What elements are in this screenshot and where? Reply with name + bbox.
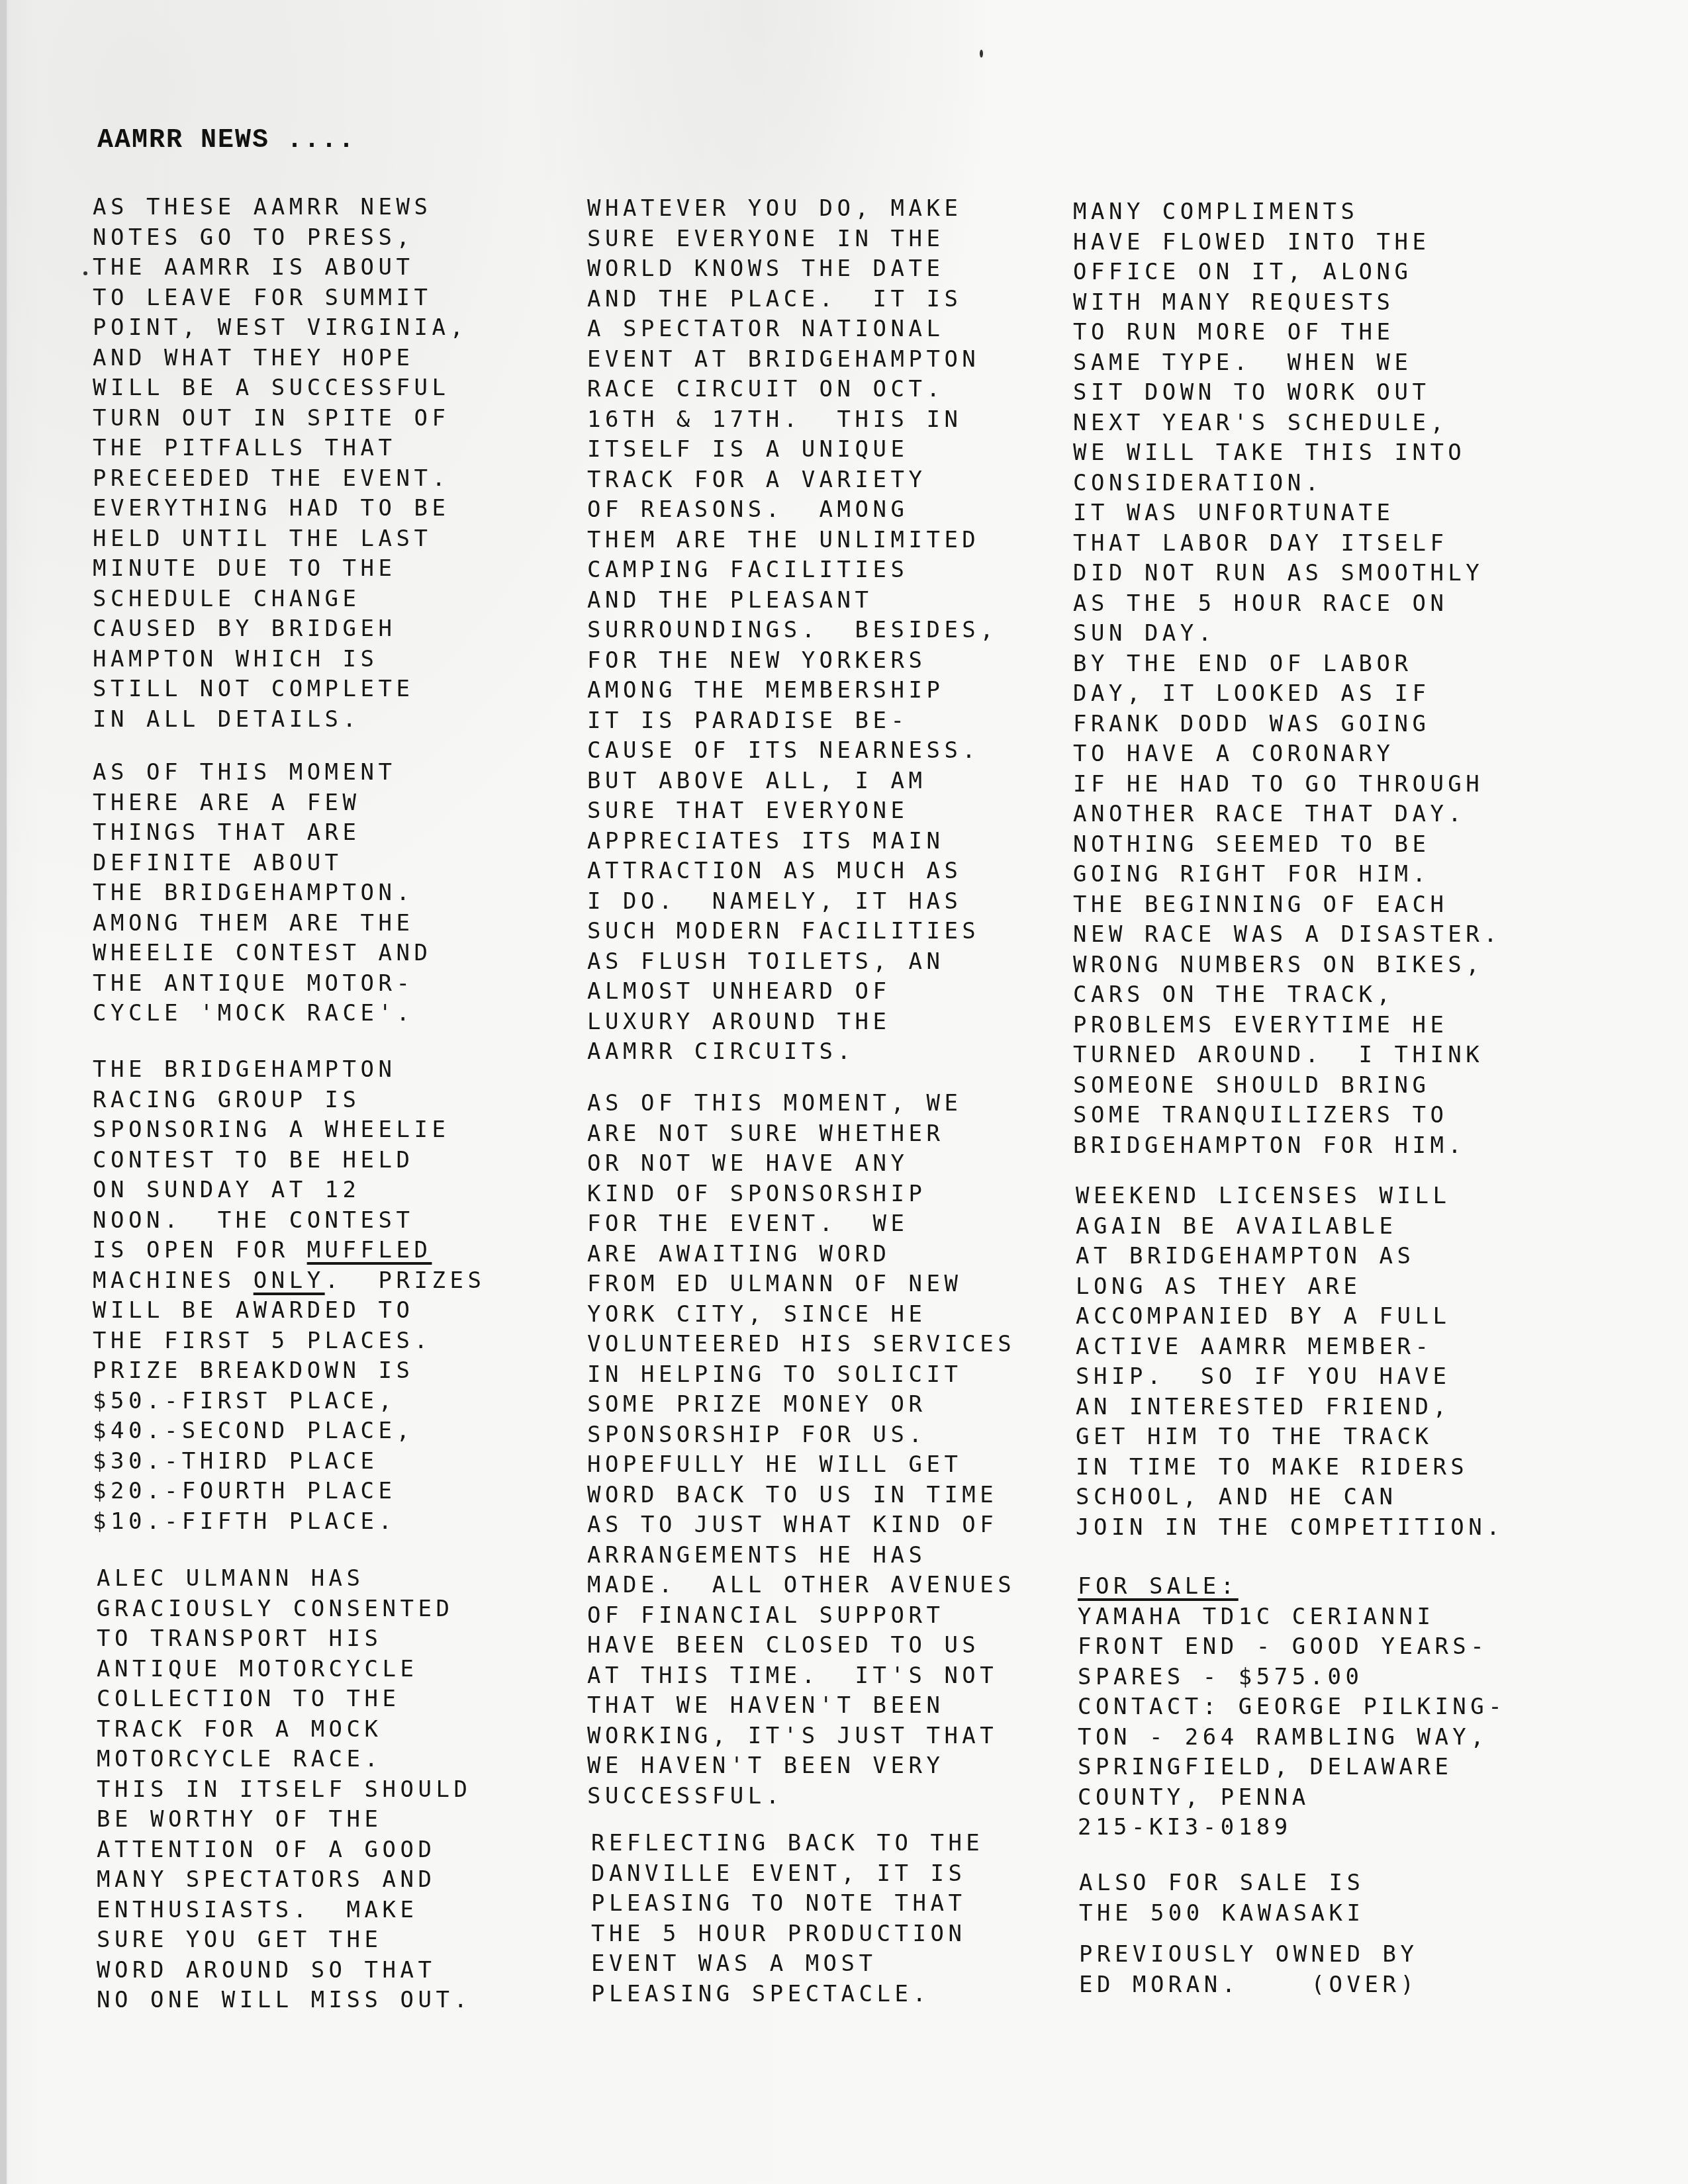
text-line: THE ANTIQUE MOTOR-	[93, 969, 432, 999]
text-line: DAY, IT LOOKED AS IF	[1073, 679, 1501, 709]
text-line: ANTIQUE MOTORCYCLE	[97, 1655, 471, 1685]
text-line: IN HELPING TO SOLICIT	[587, 1360, 1015, 1390]
text-line: SUCCESSFUL.	[587, 1782, 1015, 1812]
text-line: CAUSE OF ITS NEARNESS.	[587, 736, 998, 766]
text-line: NOTES GO TO PRESS,	[93, 223, 467, 253]
text-line: I DO. NAMELY, IT HAS	[587, 887, 998, 917]
text-line: DEFINITE ABOUT	[93, 848, 432, 879]
text-line: HAMPTON WHICH IS	[93, 645, 467, 675]
text-line: WRONG NUMBERS ON BIKES,	[1073, 950, 1501, 981]
text-line: SHIP. SO IF YOU HAVE	[1076, 1362, 1504, 1392]
text-segment: . PRIZES	[325, 1267, 486, 1294]
underlined-text: ONLY	[254, 1267, 325, 1294]
text-line: AS TO JUST WHAT KIND OF	[587, 1510, 1015, 1541]
text-line: EVENT AT BRIDGEHAMPTON	[587, 345, 998, 375]
text-line: SPARES - $575.00	[1078, 1662, 1506, 1693]
text-line: THE FIRST 5 PLACES.	[93, 1326, 485, 1357]
text-line: WITH MANY REQUESTS	[1073, 288, 1501, 318]
text-line: AT THIS TIME. IT'S NOT	[587, 1661, 1015, 1692]
text-line: THERE ARE A FEW	[93, 788, 432, 819]
text-line: HOPEFULLY HE WILL GET	[587, 1450, 1015, 1480]
text-line: HELD UNTIL THE LAST	[93, 524, 467, 555]
paragraph-bridgehampton-plans: AS OF THIS MOMENTTHERE ARE A FEWTHINGS T…	[93, 758, 432, 1029]
text-line: THAT WE HAVEN'T BEEN	[587, 1691, 1015, 1721]
text-line: AS OF THIS MOMENT	[93, 758, 432, 788]
text-line: SUN DAY.	[1073, 619, 1501, 649]
text-line: ANOTHER RACE THAT DAY.	[1073, 799, 1501, 830]
text-line: PROBLEMS EVERYTIME HE	[1073, 1011, 1501, 1041]
ink-speck	[83, 271, 87, 275]
text-line: CARS ON THE TRACK,	[1073, 980, 1501, 1011]
text-line: MANY COMPLIMENTS	[1073, 197, 1501, 228]
text-line: MINUTE DUE TO THE	[93, 554, 467, 584]
text-line: PRIZE BREAKDOWN IS	[93, 1356, 485, 1387]
text-line: RACING GROUP IS	[93, 1085, 485, 1116]
text-line: ALEC ULMANN HAS	[97, 1564, 471, 1594]
text-line: CONTACT: GEORGE PILKING-	[1078, 1692, 1506, 1723]
text-line: FRONT END - GOOD YEARS-	[1078, 1632, 1506, 1662]
text-line: TO RUN MORE OF THE	[1073, 318, 1501, 348]
text-line: AS FLUSH TOILETS, AN	[587, 947, 998, 978]
text-line: WE HAVEN'T BEEN VERY	[587, 1751, 1015, 1782]
text-line: DID NOT RUN AS SMOOTHLY	[1073, 559, 1501, 589]
text-line: NOON. THE CONTEST	[93, 1206, 485, 1236]
text-line: ACTIVE AAMRR MEMBER-	[1076, 1332, 1504, 1363]
text-line: YORK CITY, SINCE HE	[587, 1300, 1015, 1330]
text-line: CYCLE 'MOCK RACE'.	[93, 999, 432, 1029]
text-line: COUNTY, PENNA	[1078, 1783, 1506, 1813]
text-line: IN TIME TO MAKE RIDERS	[1076, 1453, 1504, 1483]
text-line: FROM ED ULMANN OF NEW	[587, 1269, 1015, 1300]
text-line: THE PITFALLS THAT	[93, 433, 467, 464]
text-line: AMONG THE MEMBERSHIP	[587, 676, 998, 706]
text-line: PLEASING TO NOTE THAT	[591, 1889, 984, 1919]
text-line: NOTHING SEEMED TO BE	[1073, 830, 1501, 860]
text-line: MOTORCYCLE RACE.	[97, 1745, 471, 1775]
text-line: PREVIOUSLY OWNED BY	[1079, 1940, 1418, 1970]
text-line: WORD AROUND SO THAT	[97, 1956, 471, 1986]
underlined-text: FOR SALE:	[1078, 1573, 1239, 1600]
text-line: APPRECIATES ITS MAIN	[587, 827, 998, 857]
text-line: FOR THE EVENT. WE	[587, 1209, 1015, 1240]
text-line: SCHOOL, AND HE CAN	[1076, 1482, 1504, 1513]
text-line: MACHINES ONLY. PRIZES	[93, 1266, 485, 1297]
paragraph-wheelie-contest: THE BRIDGEHAMPTONRACING GROUP ISSPONSORI…	[93, 1055, 485, 1537]
text-line: THE BRIDGEHAMPTON.	[93, 878, 432, 909]
paragraph-weekend-licenses: WEEKEND LICENSES WILLAGAIN BE AVAILABLEA…	[1076, 1181, 1504, 1543]
text-line: ENTHUSIASTS. MAKE	[97, 1895, 471, 1926]
paragraph-sponsorship: AS OF THIS MOMENT, WEARE NOT SURE WHETHE…	[587, 1089, 1015, 1811]
text-line: AT BRIDGEHAMPTON AS	[1076, 1242, 1504, 1272]
paragraph-compliments-labor-day: MANY COMPLIMENTSHAVE FLOWED INTO THEOFFI…	[1073, 197, 1501, 1161]
text-line: CAMPING FACILITIES	[587, 555, 998, 586]
text-line: REFLECTING BACK TO THE	[591, 1829, 984, 1859]
text-line: HAVE FLOWED INTO THE	[1073, 228, 1501, 258]
text-line: TO HAVE A CORONARY	[1073, 739, 1501, 770]
text-line: TURNED AROUND. I THINK	[1073, 1040, 1501, 1071]
text-line: ALMOST UNHEARD OF	[587, 977, 998, 1007]
text-line: SOMEONE SHOULD BRING	[1073, 1071, 1501, 1101]
text-line: SCHEDULE CHANGE	[93, 584, 467, 615]
text-line: SURE EVERYONE IN THE	[587, 224, 998, 255]
text-segment: IS OPEN FOR	[93, 1237, 307, 1263]
text-line: $40.-SECOND PLACE,	[93, 1416, 485, 1447]
text-line: TRACK FOR A VARIETY	[587, 465, 998, 496]
text-line: ATTRACTION AS MUCH AS	[587, 856, 998, 887]
text-line: THE AAMRR IS ABOUT	[93, 253, 467, 283]
text-line: THE BEGINNING OF EACH	[1073, 890, 1501, 921]
paragraph-summit-point: AS THESE AAMRR NEWSNOTES GO TO PRESS,THE…	[93, 193, 467, 735]
text-line: TO LEAVE FOR SUMMIT	[93, 283, 467, 314]
text-line: IT WAS UNFORTUNATE	[1073, 498, 1501, 529]
newsletter-title: AAMRR NEWS ....	[97, 126, 355, 156]
text-line: AGAIN BE AVAILABLE	[1076, 1212, 1504, 1242]
text-line: GET HIM TO THE TRACK	[1076, 1422, 1504, 1453]
text-line: CONTEST TO BE HELD	[93, 1146, 485, 1176]
text-line: NEXT YEAR'S SCHEDULE,	[1073, 408, 1501, 439]
text-line: AMONG THEM ARE THE	[93, 909, 432, 939]
text-line: SURROUNDINGS. BESIDES,	[587, 615, 998, 646]
text-line: OR NOT WE HAVE ANY	[587, 1149, 1015, 1179]
text-line: FOR THE NEW YORKERS	[587, 646, 998, 676]
classified-previous-owner: PREVIOUSLY OWNED BYED MORAN. (OVER)	[1079, 1940, 1418, 2000]
text-line: WORD BACK TO US IN TIME	[587, 1480, 1015, 1511]
text-line: AN INTERESTED FRIEND,	[1076, 1392, 1504, 1423]
text-line: ITSELF IS A UNIQUE	[587, 435, 998, 465]
text-line: AS OF THIS MOMENT, WE	[587, 1089, 1015, 1119]
text-line: THE 5 HOUR PRODUCTION	[591, 1919, 984, 1950]
text-line: AAMRR CIRCUITS.	[587, 1037, 998, 1068]
text-line: AND WHAT THEY HOPE	[93, 343, 467, 374]
text-line: YAMAHA TD1C CERIANNI	[1078, 1602, 1506, 1633]
text-line: HAVE BEEN CLOSED TO US	[587, 1631, 1015, 1661]
text-line: ARE NOT SURE WHETHER	[587, 1119, 1015, 1150]
text-line: FOR SALE:	[1078, 1572, 1506, 1602]
text-line: SOME PRIZE MONEY OR	[587, 1390, 1015, 1420]
classified-also-for-sale: ALSO FOR SALE ISTHE 500 KAWASAKI	[1079, 1868, 1365, 1929]
text-line: 16TH & 17TH. THIS IN	[587, 405, 998, 435]
text-line: WORKING, IT'S JUST THAT	[587, 1721, 1015, 1752]
text-line: SAME TYPE. WHEN WE	[1073, 348, 1501, 379]
text-line: IT IS PARADISE BE-	[587, 706, 998, 737]
underlined-text: MUFFLED	[307, 1237, 432, 1263]
text-line: SUCH MODERN FACILITIES	[587, 917, 998, 947]
text-line: BY THE END OF LABOR	[1073, 649, 1501, 680]
text-line: WE WILL TAKE THIS INTO	[1073, 438, 1501, 469]
text-line: BE WORTHY OF THE	[97, 1805, 471, 1835]
text-line: CAUSED BY BRIDGEH	[93, 614, 467, 645]
text-line: ARRANGEMENTS HE HAS	[587, 1541, 1015, 1571]
text-line: LONG AS THEY ARE	[1076, 1272, 1504, 1302]
text-line: WEEKEND LICENSES WILL	[1076, 1181, 1504, 1212]
text-line: TURN OUT IN SPITE OF	[93, 404, 467, 434]
text-line: SIT DOWN TO WORK OUT	[1073, 378, 1501, 408]
text-line: SPONSORING A WHEELIE	[93, 1115, 485, 1146]
text-line: TO TRANSPORT HIS	[97, 1624, 471, 1655]
text-line: IF HE HAD TO GO THROUGH	[1073, 770, 1501, 800]
text-segment: MACHINES	[93, 1267, 254, 1294]
text-line: LUXURY AROUND THE	[587, 1007, 998, 1038]
text-line: WILL BE AWARDED TO	[93, 1296, 485, 1326]
text-line: $30.-THIRD PLACE	[93, 1447, 485, 1477]
text-line: THAT LABOR DAY ITSELF	[1073, 529, 1501, 559]
text-line: FRANK DODD WAS GOING	[1073, 709, 1501, 740]
text-line: OF FINANCIAL SUPPORT	[587, 1601, 1015, 1631]
text-line: $10.-FIFTH PLACE.	[93, 1507, 485, 1537]
text-line: WHEELIE CONTEST AND	[93, 938, 432, 969]
text-line: TRACK FOR A MOCK	[97, 1715, 471, 1745]
text-line: VOLUNTEERED HIS SERVICES	[587, 1330, 1015, 1360]
scan-edge	[0, 0, 7, 2184]
text-line: STILL NOT COMPLETE	[93, 674, 467, 705]
text-line: KIND OF SPONSORSHIP	[587, 1179, 1015, 1210]
text-line: AND THE PLEASANT	[587, 586, 998, 616]
text-line: SPRINGFIELD, DELAWARE	[1078, 1752, 1506, 1783]
text-line: ATTENTION OF A GOOD	[97, 1835, 471, 1866]
text-line: ALSO FOR SALE IS	[1079, 1868, 1365, 1899]
paragraph-spectator-national: WHATEVER YOU DO, MAKESURE EVERYONE IN TH…	[587, 194, 998, 1068]
text-line: WILL BE A SUCCESSFUL	[93, 373, 467, 404]
text-line: THE BRIDGEHAMPTON	[93, 1055, 485, 1085]
text-line: PLEASING SPECTACLE.	[591, 1979, 984, 2010]
text-line: CONSIDERATION.	[1073, 469, 1501, 499]
text-line: WHATEVER YOU DO, MAKE	[587, 194, 998, 224]
text-line: AND THE PLACE. IT IS	[587, 285, 998, 315]
text-line: EVERYTHING HAD TO BE	[93, 494, 467, 524]
text-line: SPONSORSHIP FOR US.	[587, 1420, 1015, 1451]
text-line: ARE AWAITING WORD	[587, 1240, 1015, 1270]
text-line: RACE CIRCUIT ON OCT.	[587, 375, 998, 405]
text-line: POINT, WEST VIRGINIA,	[93, 313, 467, 343]
text-line: IS OPEN FOR MUFFLED	[93, 1236, 485, 1266]
text-line: MADE. ALL OTHER AVENUES	[587, 1570, 1015, 1601]
text-line: WORLD KNOWS THE DATE	[587, 254, 998, 285]
text-line: OFFICE ON IT, ALONG	[1073, 257, 1501, 288]
text-line: ACCOMPANIED BY A FULL	[1076, 1302, 1504, 1332]
text-line: $20.-FOURTH PLACE	[93, 1477, 485, 1507]
text-line: NO ONE WILL MISS OUT.	[97, 1985, 471, 2016]
text-line: A SPECTATOR NATIONAL	[587, 314, 998, 345]
text-line: JOIN IN THE COMPETITION.	[1076, 1513, 1504, 1543]
text-line: IN ALL DETAILS.	[93, 705, 467, 735]
text-line: ED MORAN. (OVER)	[1079, 1970, 1418, 2001]
text-line: TON - 264 RAMBLING WAY,	[1078, 1723, 1506, 1753]
text-line: SURE YOU GET THE	[97, 1925, 471, 1956]
text-line: NEW RACE WAS A DISASTER.	[1073, 920, 1501, 950]
text-line: GRACIOUSLY CONSENTED	[97, 1594, 471, 1625]
text-line: SURE THAT EVERYONE	[587, 796, 998, 827]
paragraph-antique-motorcycles: ALEC ULMANN HASGRACIOUSLY CONSENTEDTO TR…	[97, 1564, 471, 2016]
newsletter-page: AAMRR NEWS .... AS THESE AAMRR NEWSNOTES…	[0, 0, 1688, 2184]
text-line: SOME TRANQUILIZERS TO	[1073, 1101, 1501, 1131]
text-line: AS THE 5 HOUR RACE ON	[1073, 589, 1501, 619]
paragraph-danville-event: REFLECTING BACK TO THEDANVILLE EVENT, IT…	[591, 1829, 984, 2009]
text-line: PRECEEDED THE EVENT.	[93, 464, 467, 494]
text-line: AS THESE AAMRR NEWS	[93, 193, 467, 223]
text-line: EVENT WAS A MOST	[591, 1949, 984, 1979]
text-line: ON SUNDAY AT 12	[93, 1175, 485, 1206]
text-line: MANY SPECTATORS AND	[97, 1865, 471, 1895]
text-line: BUT ABOVE ALL, I AM	[587, 766, 998, 797]
text-line: THINGS THAT ARE	[93, 818, 432, 848]
text-line: DANVILLE EVENT, IT IS	[591, 1859, 984, 1889]
classified-for-sale-yamaha: FOR SALE:YAMAHA TD1C CERIANNIFRONT END -…	[1078, 1572, 1506, 1843]
text-line: COLLECTION TO THE	[97, 1684, 471, 1715]
text-line: THIS IN ITSELF SHOULD	[97, 1775, 471, 1805]
text-line: 215-KI3-0189	[1078, 1813, 1506, 1843]
text-line: OF REASONS. AMONG	[587, 495, 998, 525]
text-line: THEM ARE THE UNLIMITED	[587, 525, 998, 556]
text-line: BRIDGEHAMPTON FOR HIM.	[1073, 1131, 1501, 1161]
text-line: $50.-FIRST PLACE,	[93, 1387, 485, 1417]
text-line: THE 500 KAWASAKI	[1079, 1899, 1365, 1929]
ink-speck	[980, 50, 983, 58]
text-line: GOING RIGHT FOR HIM.	[1073, 860, 1501, 890]
